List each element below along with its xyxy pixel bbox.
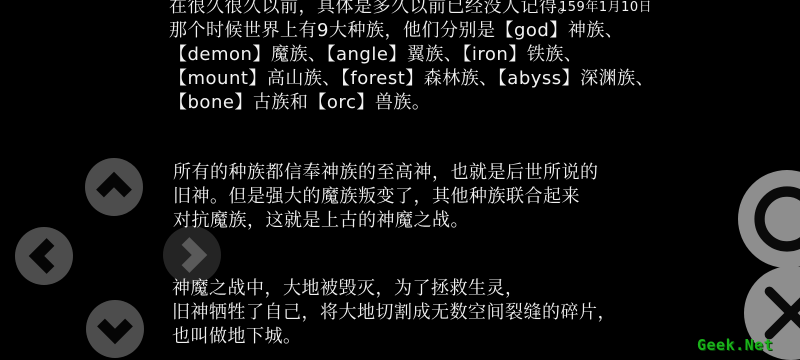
story-paragraph-3: 神魔之战中，大地被毁灭，为了拯救生灵， 旧神牺牲了自己，将大地切割成无数空间裂缝… (172, 277, 616, 349)
story-line: 神魔之战中，大地被毁灭，为了拯救生灵， (172, 277, 616, 301)
chevron-up-icon (85, 158, 143, 216)
nav-down-button[interactable] (86, 300, 144, 358)
story-line: 对抗魔族，这就是上古的神魔之战。 (173, 209, 599, 233)
story-paragraph-1: 在很久很久以前，具体是多久以前已经没人记得。 那个时候世界上有9大种族，他们分别… (169, 0, 654, 115)
story-line: 【bone】古族和【orc】兽族。 (169, 91, 654, 115)
confirm-circle-button[interactable] (738, 170, 800, 268)
site-watermark: Geek.Net (697, 336, 773, 354)
nav-right-button[interactable] (163, 226, 221, 284)
chevron-left-icon (15, 227, 73, 285)
story-paragraph-2: 所有的种族都信奉神族的至高神，也就是后世所说的 旧神。但是强大的魔族叛变了，其他… (173, 161, 599, 233)
story-line: 那个时候世界上有9大种族，他们分别是【god】神族、 (169, 19, 654, 43)
chevron-down-icon (86, 300, 144, 358)
chevron-right-icon (163, 226, 221, 284)
game-screen: 159年1月10日 在很久很久以前，具体是多久以前已经没人记得。 那个时候世界上… (0, 0, 800, 360)
story-line: 也叫做地下城。 (172, 325, 616, 349)
circle-button-icon (738, 170, 800, 268)
nav-left-button[interactable] (15, 227, 73, 285)
story-line: 所有的种族都信奉神族的至高神，也就是后世所说的 (173, 161, 599, 185)
story-line: 在很久很久以前，具体是多久以前已经没人记得。 (169, 0, 654, 19)
nav-up-button[interactable] (85, 158, 143, 216)
story-line: 旧神。但是强大的魔族叛变了，其他种族联合起来 (173, 185, 599, 209)
story-line: 旧神牺牲了自己，将大地切割成无数空间裂缝的碎片， (172, 301, 616, 325)
story-line: 【demon】魔族、【angle】翼族、【iron】铁族、 (169, 43, 654, 67)
story-line: 【mount】高山族、【forest】森林族、【abyss】深渊族、 (169, 67, 654, 91)
